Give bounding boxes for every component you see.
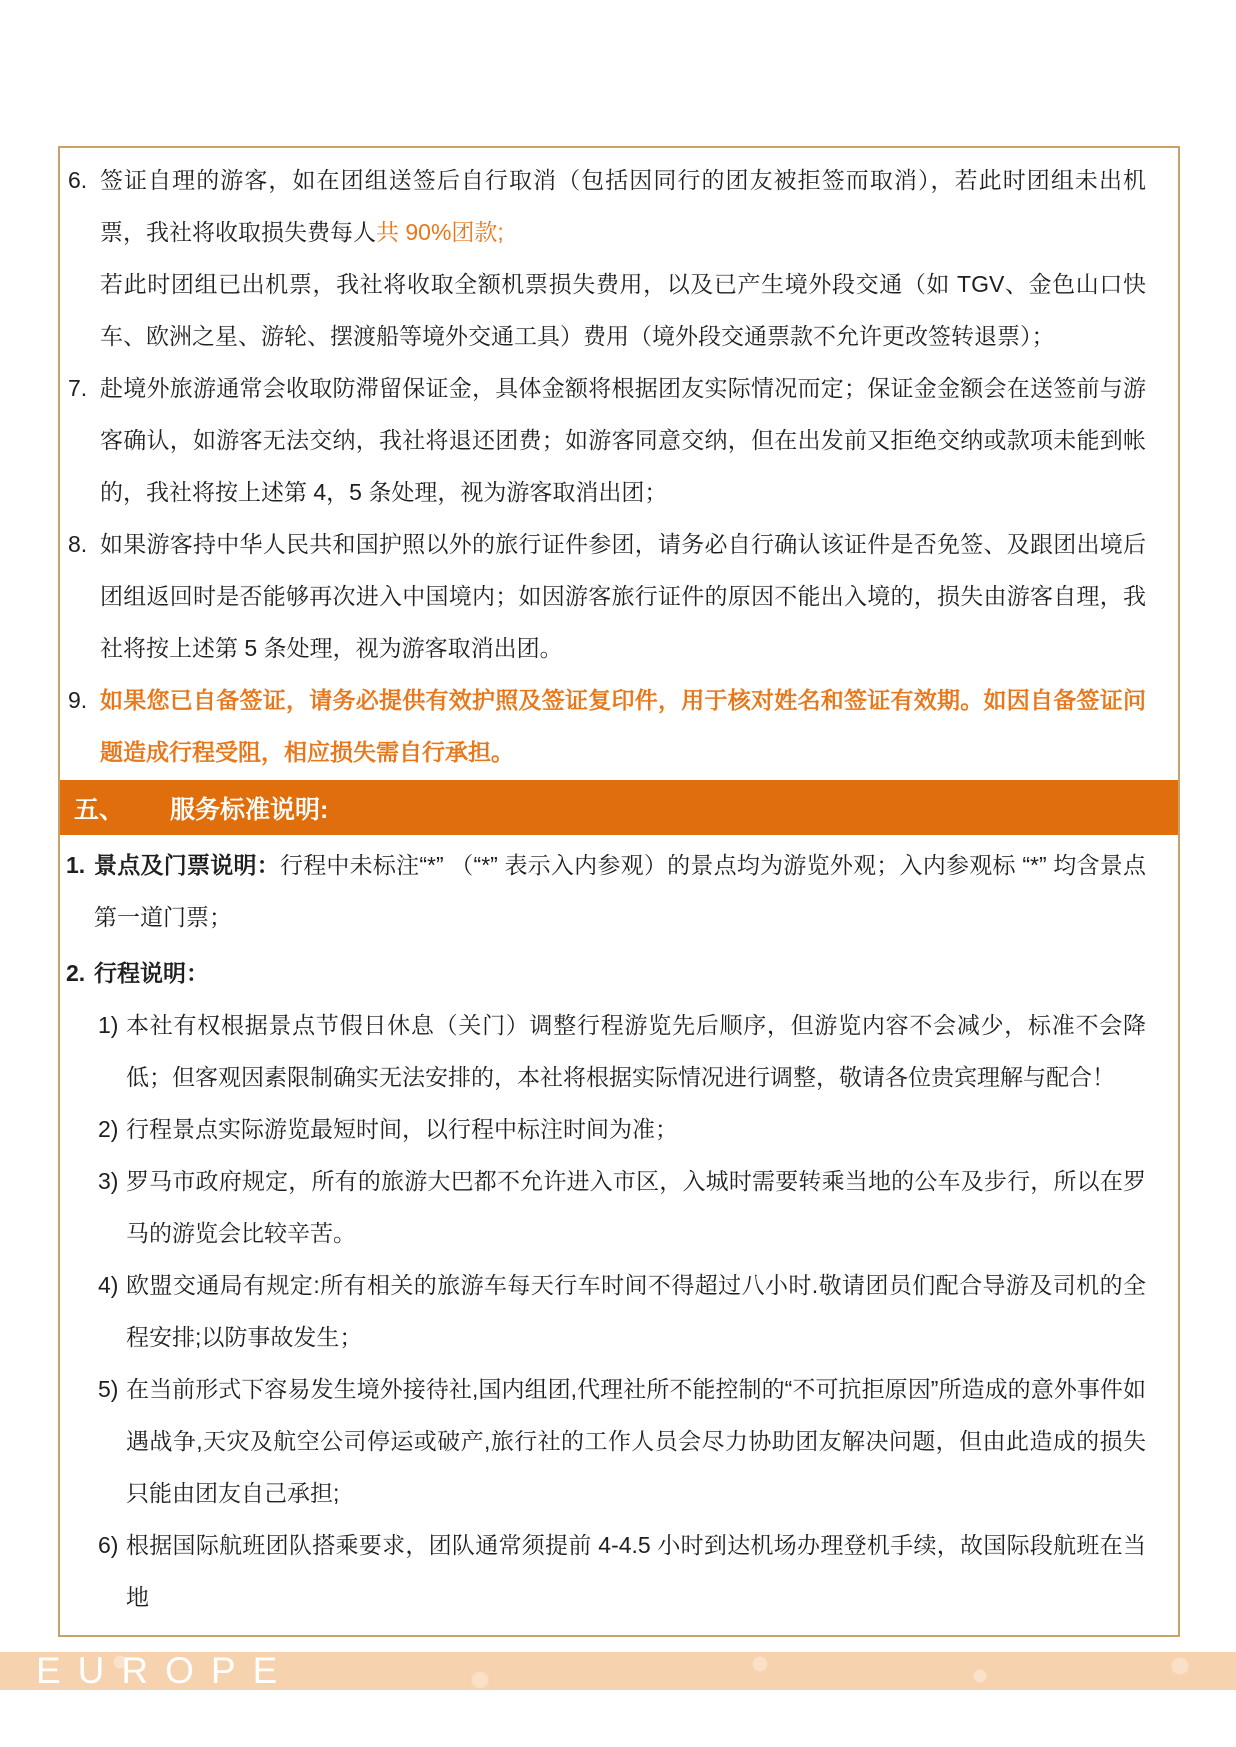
- itinerary-note-text: 在当前形式下容易发生境外接待社,国内组团,代理社所不能控制的“不可抗拒原因”所造…: [126, 1376, 1146, 1506]
- itinerary-note-number: 1): [98, 999, 118, 1051]
- term-item-text: 如果您已自备签证，请务必提供有效护照及签证复印件，用于核对姓名和签证有效期。如因…: [100, 687, 1146, 765]
- itinerary-note-1: 1) 本社有权根据景点节假日休息（关门）调整行程游览先后顺序，但游览内容不会减少…: [60, 999, 1178, 1103]
- term-item-text: 赴境外旅游通常会收取防滞留保证金，具体金额将根据团友实际情况而定；保证金金额会在…: [100, 375, 1146, 505]
- itinerary-note-5: 5) 在当前形式下容易发生境外接待社,国内组团,代理社所不能控制的“不可抗拒原因…: [60, 1363, 1178, 1519]
- service-item-number: 1.: [66, 839, 85, 891]
- service-item-colon: ：: [257, 852, 280, 878]
- section-header-bar: 五、 服务标准说明:: [60, 780, 1178, 835]
- itinerary-note-4: 4) 欧盟交通局有规定:所有相关的旅游车每天行车时间不得超过八小时.敬请团员们配…: [60, 1259, 1178, 1363]
- itinerary-note-number: 3): [98, 1155, 118, 1207]
- itinerary-note-text: 欧盟交通局有规定:所有相关的旅游车每天行车时间不得超过八小时.敬请团员们配合导游…: [126, 1272, 1146, 1350]
- service-item-number: 2.: [66, 947, 85, 999]
- service-item-label: 行程说明: [94, 960, 186, 986]
- service-item-label: 景点及门票说明: [94, 852, 257, 878]
- term-item-text: 签证自理的游客，如在团组送签后自行取消（包括因同行的团友被拒签而取消），若此时团…: [100, 167, 1146, 245]
- term-item-number: 6.: [68, 154, 87, 206]
- itinerary-note-text: 本社有权根据景点节假日休息（关门）调整行程游览先后顺序，但游览内容不会减少，标准…: [126, 1012, 1146, 1090]
- term-item-number: 7.: [68, 362, 87, 414]
- term-item-8: 8. 如果游客持中华人民共和国护照以外的旅行证件参团，请务必自行确认该证件是否免…: [60, 518, 1178, 674]
- term-item-number: 8.: [68, 518, 87, 570]
- itinerary-note-3: 3) 罗马市政府规定，所有的旅游大巴都不允许进入市区，入城时需要转乘当地的公车及…: [60, 1155, 1178, 1259]
- itinerary-note-number: 4): [98, 1259, 118, 1311]
- footer-banner: EUROPE: [0, 1652, 1236, 1690]
- terms-document-box: 6. 签证自理的游客，如在团组送签后自行取消（包括因同行的团友被拒签而取消），若…: [58, 146, 1180, 1637]
- section-header-title: 服务标准说明:: [170, 790, 328, 826]
- term-item-text-continued: 若此时团组已出机票，我社将收取全额机票损失费用，以及已产生境外段交通（如 TGV…: [100, 258, 1146, 362]
- term-item-6: 6. 签证自理的游客，如在团组送签后自行取消（包括因同行的团友被拒签而取消），若…: [60, 154, 1178, 362]
- service-item-2: 2. 行程说明：: [60, 947, 1178, 999]
- itinerary-note-6: 6) 根据国际航班团队搭乘要求，团队通常须提前 4-4.5 小时到达机场办理登机…: [60, 1519, 1178, 1623]
- section-header-number: 五、: [60, 790, 124, 826]
- footer-brand-text: EUROPE: [0, 1652, 294, 1690]
- itinerary-note-text: 罗马市政府规定，所有的旅游大巴都不允许进入市区，入城时需要转乘当地的公车及步行，…: [126, 1168, 1146, 1246]
- service-item-colon: ：: [186, 960, 209, 986]
- term-item-highlight: 共 90%团款;: [376, 219, 504, 245]
- itinerary-note-text: 行程景点实际游览最短时间，以行程中标注时间为准；: [126, 1116, 678, 1142]
- itinerary-note-number: 5): [98, 1363, 118, 1415]
- term-item-number: 9.: [68, 674, 87, 726]
- itinerary-note-number: 6): [98, 1519, 118, 1571]
- term-item-7: 7. 赴境外旅游通常会收取防滞留保证金，具体金额将根据团友实际情况而定；保证金金…: [60, 362, 1178, 518]
- service-item-1: 1. 景点及门票说明：行程中未标注“*” （“*” 表示入内参观）的景点均为游览…: [60, 839, 1178, 943]
- itinerary-note-text: 根据国际航班团队搭乘要求，团队通常须提前 4-4.5 小时到达机场办理登机手续，…: [126, 1532, 1146, 1610]
- itinerary-note-number: 2): [98, 1103, 118, 1155]
- itinerary-note-2: 2) 行程景点实际游览最短时间，以行程中标注时间为准；: [60, 1103, 1178, 1155]
- term-item-text: 如果游客持中华人民共和国护照以外的旅行证件参团，请务必自行确认该证件是否免签、及…: [100, 531, 1146, 661]
- term-item-9: 9. 如果您已自备签证，请务必提供有效护照及签证复印件，用于核对姓名和签证有效期…: [60, 674, 1178, 778]
